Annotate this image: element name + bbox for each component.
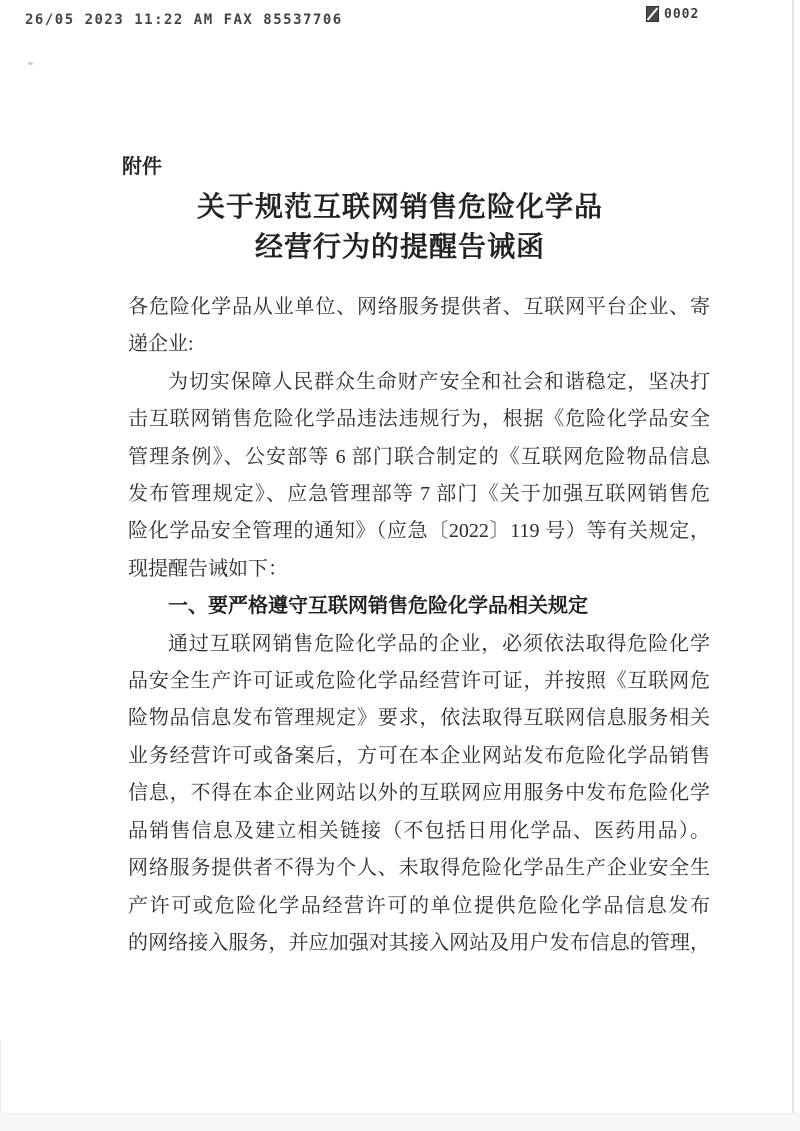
body-text-line: 品销售信息及建立相关链接（不包括日用化学品、医药用品）。 [128, 813, 710, 850]
body-text-line: 发布管理规定》、应急管理部等 7 部门《关于加强互联网销售危 [128, 476, 710, 513]
body-text-line: 险物品信息发布管理规定》要求，依法取得互联网信息服务相关 [128, 700, 710, 737]
fax-page-icon [646, 6, 659, 22]
fax-document-page: 26/05 2023 11:22 AM FAX 85537706 0002 附件… [0, 0, 800, 1131]
body-text-line: 一、要严格遵守互联网销售危险化学品相关规定 [128, 588, 710, 625]
body-text-line: 网络服务提供者不得为个人、未取得危险化学品生产企业安全生 [128, 850, 710, 887]
body-text-line: 现提醒告诫如下： [128, 551, 710, 588]
fax-page-counter: 0002 [646, 6, 699, 22]
scan-artifact-dot [28, 62, 33, 65]
document-title: 关于规范互联网销售危险化学品 经营行为的提醒告诫函 [0, 188, 800, 268]
body-text-line: 的网络接入服务，并应加强对其接入网站及用户发布信息的管理， [128, 925, 710, 962]
document-body: 各危险化学品从业单位、网络服务提供者、互联网平台企业、寄递企业:为切实保障人民群… [128, 289, 710, 962]
body-text-line: 为切实保障人民群众生命财产安全和社会和谐稳定，坚决打 [128, 364, 710, 401]
body-text-line: 各危险化学品从业单位、网络服务提供者、互联网平台企业、寄 [128, 289, 710, 326]
body-text-line: 递企业: [128, 326, 710, 363]
attachment-label: 附件 [122, 150, 162, 179]
body-text-line: 业务经营许可或备案后，方可在本企业网站发布危险化学品销售 [128, 738, 710, 775]
body-text-line: 产许可或危险化学品经营许可的单位提供危险化学品信息发布 [128, 888, 710, 925]
body-text-line: 品安全生产许可证或危险化学品经营许可证，并按照《互联网危 [128, 663, 710, 700]
document-title-line-2: 经营行为的提醒告诫函 [0, 228, 800, 268]
body-text-line: 信息，不得在本企业网站以外的互联网应用服务中发布危险化学 [128, 775, 710, 812]
document-title-line-1: 关于规范互联网销售危险化学品 [0, 188, 800, 228]
fax-header-line: 26/05 2023 11:22 AM FAX 85537706 [25, 12, 343, 28]
scan-right-edge [792, 0, 794, 1113]
body-text-line: 击互联网销售危险化学品违法违规行为，根据《危险化学品安全 [128, 401, 710, 438]
scan-left-edge [0, 1040, 1, 1113]
body-text-line: 管理条例》、公安部等 6 部门联合制定的《互联网危险物品信息 [128, 439, 710, 476]
body-text-line: 险化学品安全管理的通知》（应急〔2022〕119 号）等有关规定， [128, 513, 710, 550]
body-text-line: 通过互联网销售危险化学品的企业，必须依法取得危险化学 [128, 626, 710, 663]
scan-bottom-edge [0, 1113, 800, 1131]
fax-page-number: 0002 [664, 7, 699, 22]
